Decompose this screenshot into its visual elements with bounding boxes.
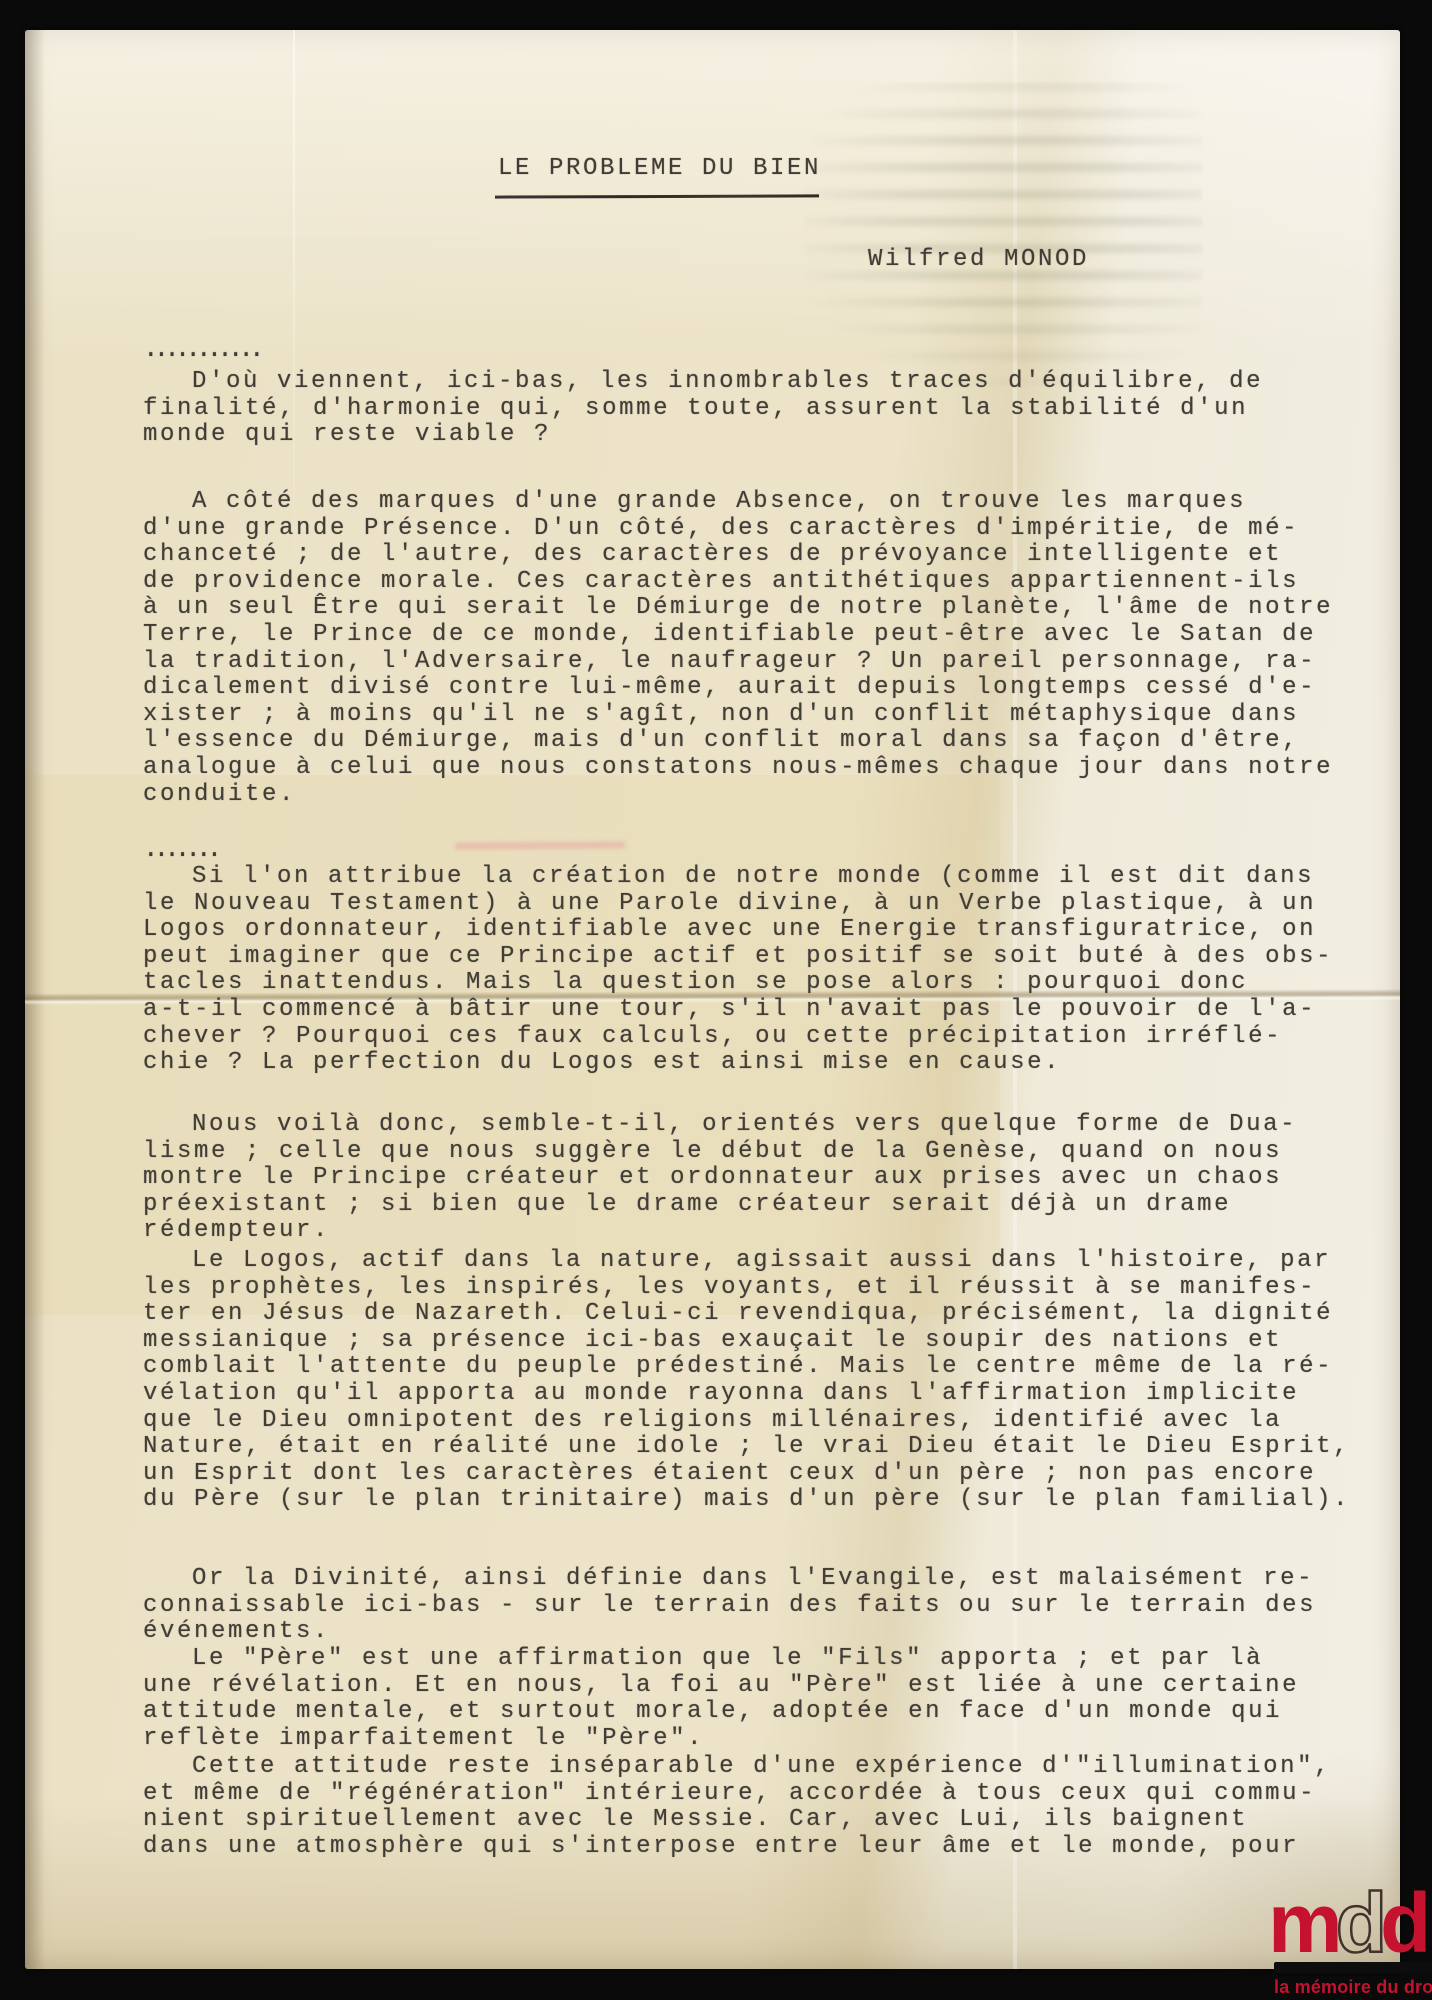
logo-letter-d-outline: d xyxy=(1336,1876,1380,1970)
paper-top-light-shade xyxy=(25,30,1400,360)
paragraph: Le "Père" est une affirmation que le "Fi… xyxy=(143,1646,1395,1752)
title-underline xyxy=(495,194,819,198)
paragraph: Si l'on attribue la création de notre mo… xyxy=(143,864,1395,1077)
paper-bottom-shade xyxy=(25,1799,1400,1969)
typewritten-text: LE PROBLEME DU BIEN Wilfred MONOD ......… xyxy=(25,30,1400,1969)
watermark-black-bar xyxy=(1274,1962,1432,1973)
horizontal-fold-crease xyxy=(25,989,1400,1005)
paper-left-edge-shadow xyxy=(25,30,45,1969)
vertical-fold-highlight xyxy=(1013,30,1017,1969)
paragraph: Cette attitude reste inséparable d'une e… xyxy=(143,1754,1395,1860)
watermark-tagline: la mémoire du droit xyxy=(1274,1977,1432,1998)
paragraph: A côté des marques d'une grande Absence,… xyxy=(143,489,1395,808)
author-name: Wilfred MONOD xyxy=(868,247,1089,274)
mdd-watermark-logo: mdd xyxy=(1268,1881,1424,1965)
ellipsis-divider-2: ....... xyxy=(143,836,217,863)
scanned-document-view: { "document": { "title": "LE PROBLEME DU… xyxy=(0,0,1432,2000)
page-title: LE PROBLEME DU BIEN xyxy=(498,156,821,183)
paragraph: Nous voilà donc, semble-t-il, orientés v… xyxy=(143,1112,1395,1245)
ink-bleedthrough-texture xyxy=(803,82,1203,387)
logo-letter-m: m xyxy=(1268,1876,1336,1970)
pink-smudge xyxy=(455,841,625,849)
paragraph: D'où viennent, ici-bas, les innombrables… xyxy=(143,369,1395,449)
paper-mid-stain xyxy=(25,775,1000,1315)
logo-letter-d: d xyxy=(1380,1876,1424,1970)
ellipsis-divider-1: ........... xyxy=(143,336,260,363)
paragraph: Or la Divinité, ainsi définie dans l'Eva… xyxy=(143,1566,1395,1646)
vertical-crease xyxy=(293,30,295,590)
document-page: LE PROBLEME DU BIEN Wilfred MONOD ......… xyxy=(25,30,1400,1969)
paragraph: Le Logos, actif dans la nature, agissait… xyxy=(143,1248,1395,1514)
